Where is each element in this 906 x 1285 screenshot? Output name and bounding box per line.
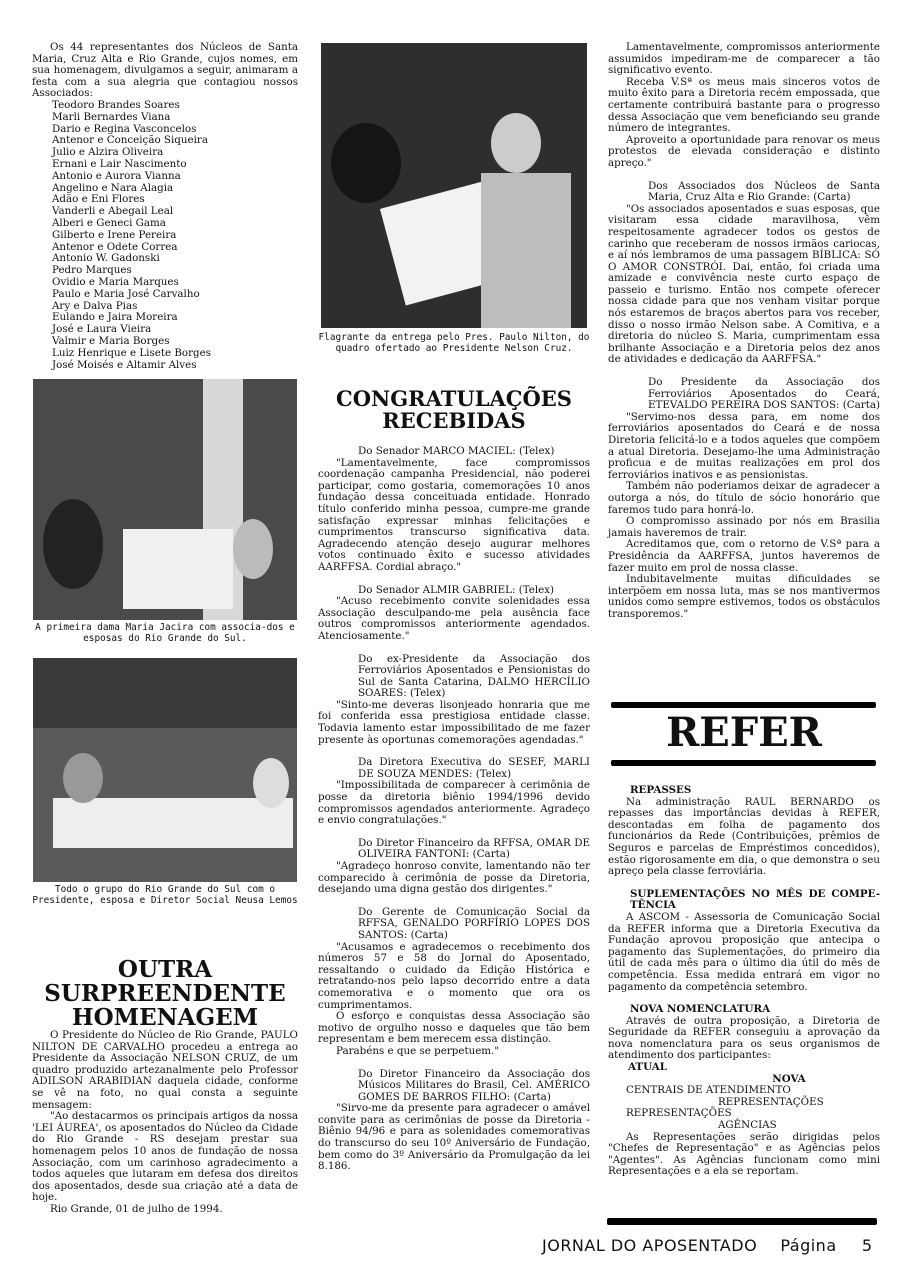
associate-name: Paulo e Maria José Carvalho	[52, 289, 298, 301]
associate-name: Alberi e Geneci Gama	[52, 218, 298, 230]
refer-bottom-rule	[611, 760, 876, 766]
photo-rio-grande-group-caption: Todo o grupo do Rio Grande do Sul com o …	[32, 884, 298, 906]
article-paragraph: Rio Grande, 01 de julho de 1994.	[32, 1204, 298, 1216]
message-body: "Os associados aposentados e suas esposa…	[608, 204, 880, 366]
refer-body: REPASSESNa administração RAUL BERNARDO o…	[608, 785, 880, 1178]
left-column-intro: Os 44 representantes dos Núcleos de Sant…	[32, 42, 298, 371]
page-label: Página	[780, 1236, 836, 1255]
message-body: "Acusamos e agradecemos o recebimento do…	[318, 942, 590, 1012]
message-sender: Do Gerente de Comunicação Social da RFFS…	[318, 907, 590, 942]
refer-top-rule	[611, 702, 876, 708]
continued-paragraph: Aproveito a oportunidade para renovar os…	[608, 135, 880, 170]
article-paragraph: "Ao destacarmos os principais artigos da…	[32, 1111, 298, 1204]
headline-line: CONGRATULAÇÕES	[316, 388, 592, 410]
continued-paragraph: Receba V.Sª os meus mais sinceros votos …	[608, 77, 880, 135]
headline-line: RECEBIDAS	[316, 410, 592, 432]
message-sender: Do Presidente da Associação dos Ferroviá…	[608, 377, 880, 412]
associate-name: Ernani e Lair Nascimento	[52, 159, 298, 171]
associates-list: Teodoro Brandes SoaresMarli Bernardes Vi…	[32, 100, 298, 371]
message-sender: Do ex-Presidente da Associação dos Ferro…	[318, 654, 590, 700]
nomenclature-table: ATUALNOVACENTRAIS DE ATENDIMENTOREPRESEN…	[608, 1062, 880, 1132]
refer-end-rule	[607, 1218, 877, 1225]
refer-paragraph: Através de outra proposição, a Diretoria…	[608, 1016, 880, 1062]
nomenclature-new: AGÊNCIAS	[608, 1120, 880, 1132]
refer-title: REFER	[608, 712, 880, 754]
message-body: O esforço e conquistas dessa Associação …	[318, 1011, 590, 1046]
refer-paragraph: A ASCOM - Assessoria de Comunicação Soci…	[608, 912, 880, 993]
outra-homenagem-headline: OUTRA SURPREENDENTE HOMENAGEM	[32, 958, 298, 1030]
outra-homenagem-body: O Presidente do Núcleo de Rio Grande, PA…	[32, 1030, 298, 1216]
right-column-messages: Lamentavelmente, compromissos anteriorme…	[608, 42, 880, 621]
article-paragraph: O Presidente do Núcleo de Rio Grande, PA…	[32, 1030, 298, 1111]
message-body: "Agradeço honroso convite, lamentando nã…	[318, 861, 590, 896]
congratulacoes-headline: CONGRATULAÇÕES RECEBIDAS	[316, 388, 592, 432]
associate-name: Valmir e Maria Borges	[52, 336, 298, 348]
message-sender: Dos Associados dos Núcleos de Santa Mari…	[608, 181, 880, 204]
refer-closing: As Representações serão dirigidas pelos …	[608, 1132, 880, 1178]
associate-name: José Moisés e Altamir Alves	[52, 360, 298, 372]
page-footer: JORNAL DO APOSENTADO Página 5	[542, 1236, 873, 1255]
associate-name: Marli Bernardes Viana	[52, 112, 298, 124]
message-body: "Lamentavelmente, face compromissos coor…	[318, 458, 590, 574]
photo-rio-grande-group	[33, 658, 297, 882]
associate-name: Luiz Henrique e Lisete Borges	[52, 348, 298, 360]
associate-name: Teodoro Brandes Soares	[52, 100, 298, 112]
message-body: Acreditamos que, com o retorno de V.Sª p…	[608, 539, 880, 574]
page-number: 5	[862, 1236, 873, 1255]
photo-award-handover	[321, 43, 587, 328]
congratulations-messages: Do Senador MARCO MACIEL: (Telex)"Lamenta…	[318, 446, 590, 1173]
refer-paragraph: Na administração RAUL BERNARDO os repass…	[608, 797, 880, 878]
refer-section-heading: NOVA NOMENCLATURA	[608, 1004, 880, 1016]
message-body: "Sirvo-me da presente para agradecer o a…	[318, 1103, 590, 1173]
photo-first-lady-caption: A primeira dama Maria Jacira com associa…	[32, 622, 298, 644]
headline-line: HOMENAGEM	[32, 1006, 298, 1030]
intro-paragraph: Os 44 representantes dos Núcleos de Sant…	[32, 42, 298, 100]
message-body: Parabéns e que se perpetuem."	[318, 1046, 590, 1058]
refer-section-heading: SUPLEMENTAÇÕES NO MÊS DE COMPE-TÊNCIA	[608, 889, 880, 912]
message-body: "Impossibilitada de comparecer à cerimôn…	[318, 780, 590, 826]
continued-paragraph: Lamentavelmente, compromissos anteriorme…	[608, 42, 880, 77]
associate-name: Ovidio e Maria Marques	[52, 277, 298, 289]
message-body: O compromisso assinado por nós em Brasil…	[608, 516, 880, 539]
message-sender: Do Senador MARCO MACIEL: (Telex)	[318, 446, 590, 458]
message-body: "Acuso recebimento convite solenidades e…	[318, 596, 590, 642]
associate-name: Gilberto e Irene Pereira	[52, 230, 298, 242]
message-body: Indubitavelmente muitas dificuldades se …	[608, 574, 880, 620]
message-body: "Sinto-me deveras lisonjeado honraria qu…	[318, 700, 590, 746]
associate-name: Antonio e Aurora Vianna	[52, 171, 298, 183]
photo-first-lady	[33, 379, 297, 620]
message-sender: Do Diretor Financeiro da Associação dos …	[318, 1069, 590, 1104]
message-body: Também não poderiamos deixar de agradece…	[608, 481, 880, 516]
headline-line: OUTRA	[32, 958, 298, 982]
refer-section-heading: REPASSES	[608, 785, 880, 797]
photo-award-handover-caption: Flagrante da entrega pelo Pres. Paulo Ni…	[318, 332, 590, 354]
nomenclature-header-atual: ATUAL	[608, 1062, 880, 1074]
message-sender: Do Diretor Financeiro da RFFSA, OMAR DE …	[318, 838, 590, 861]
message-body: "Servimo-nos dessa para, em nome dos fer…	[608, 412, 880, 482]
message-sender: Da Diretora Executiva do SESEF, MARLI DE…	[318, 757, 590, 780]
headline-line: SURPREENDENTE	[32, 982, 298, 1006]
publication-name: JORNAL DO APOSENTADO	[542, 1236, 757, 1255]
